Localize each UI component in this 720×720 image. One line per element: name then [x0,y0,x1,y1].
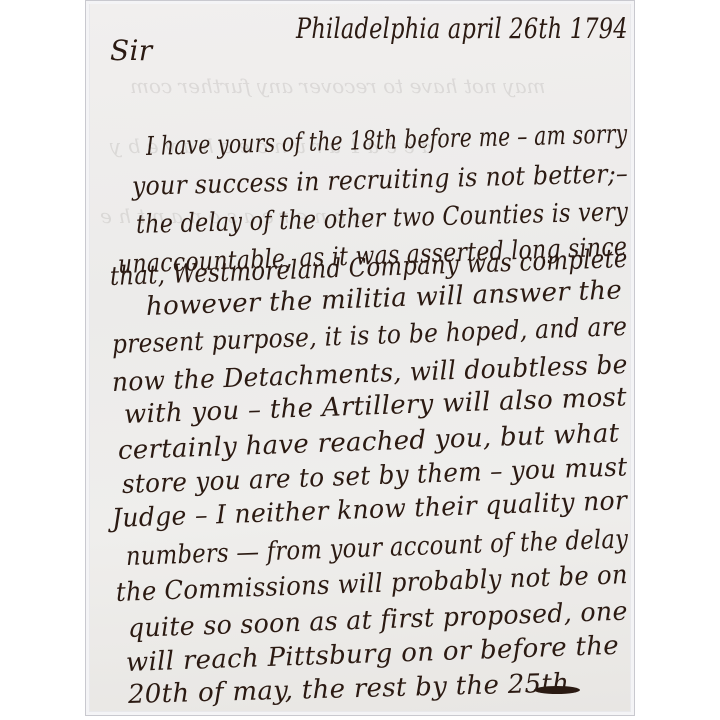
closing-dash [534,686,580,694]
show-through-text: may not have to recover any further com [130,74,545,98]
place-date-line: Philadelphia april 26th 1794 [296,12,628,45]
salutation: Sir [110,34,152,67]
